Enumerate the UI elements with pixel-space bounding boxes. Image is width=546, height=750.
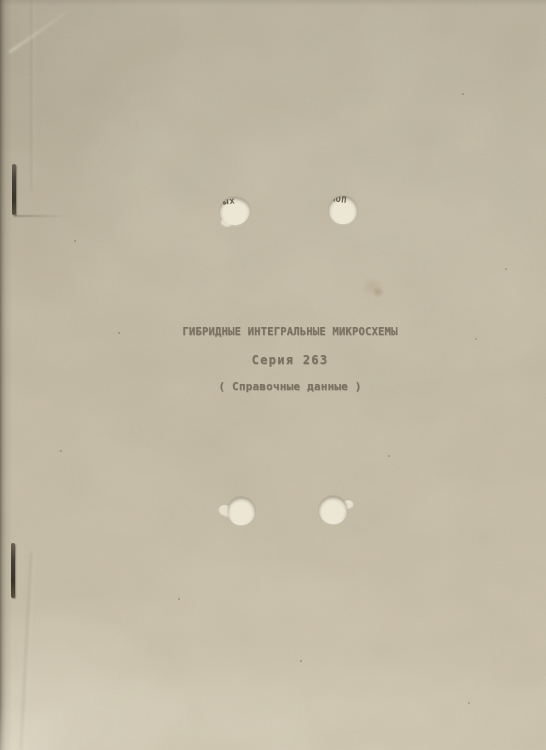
show-through-text: МОП — [329, 196, 347, 206]
paper-speck — [300, 660, 302, 662]
paper-speck — [388, 455, 390, 457]
staple-bottom — [11, 543, 15, 598]
show-through-text: ых — [222, 197, 236, 208]
top-edge-shadow — [0, 0, 546, 6]
paper-speck — [60, 450, 62, 452]
paper-background — [0, 0, 546, 750]
paper-speck — [178, 598, 180, 600]
paper-speck — [118, 332, 120, 334]
page-curl-highlight — [0, 640, 70, 750]
scanned-booklet-cover: ых МОП ГИБРИДНЫЕ ИНТЕГРАЛЬНЫЕ МИКРОСХЕМЫ… — [0, 0, 546, 750]
punch-hole-bottom-right — [319, 496, 347, 524]
paper-speck — [468, 702, 470, 704]
paper-speck — [462, 93, 464, 95]
punch-hole-bottom-left — [228, 497, 255, 525]
cover-subtitle: ( Справочные данные ) — [170, 380, 410, 393]
paper-speck — [475, 338, 477, 340]
cover-title: ГИБРИДНЫЕ ИНТЕГРАЛЬНЫЕ МИКРОСХЕМЫ — [170, 326, 410, 338]
staple-top — [12, 164, 16, 215]
cover-series: Серия 263 — [170, 353, 410, 367]
spine-edge-shadow — [0, 0, 12, 750]
paper-speck — [74, 240, 76, 242]
punch-hole-top-right: МОП — [329, 196, 357, 224]
paper-speck — [505, 268, 507, 270]
